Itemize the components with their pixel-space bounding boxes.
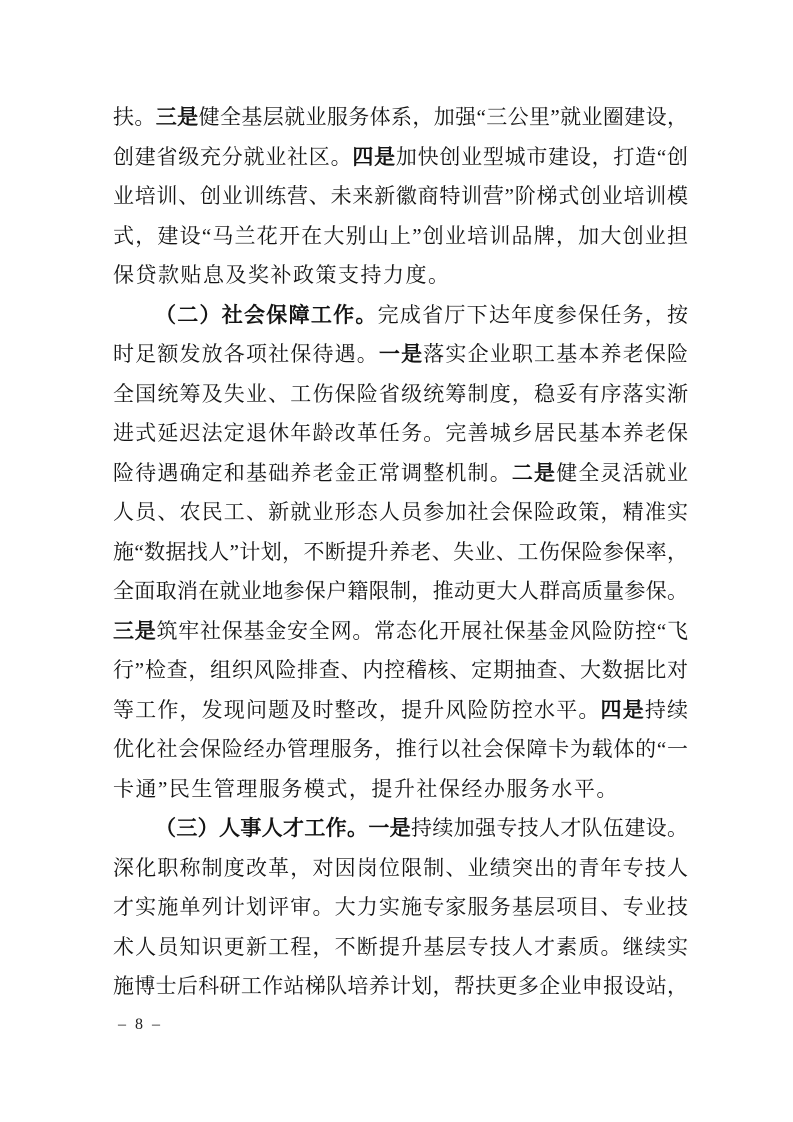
text-run: 扶。 [113, 105, 156, 129]
page-number: – 8 – [118, 1016, 163, 1034]
text-run: 施博士后科研工作站梯队培养计划，帮扶更多企业申报设站， [113, 974, 688, 998]
text-line: 施博士后科研工作站梯队培养计划，帮扶更多企业申报设站， [113, 967, 688, 1007]
text-line: 施“数据找人”计划，不断提升养老、失业、工伤保险参保率， [113, 533, 688, 573]
text-run: 卡通”民生管理服务模式，提升社保经办服务水平。 [113, 777, 619, 801]
paragraph: 扶。三是健全基层就业服务体系，加强“三公里”就业圈建设，创建省级充分就业社区。四… [113, 98, 688, 296]
paragraph: （二）社会保障工作。完成省厅下达年度参保任务，按时足额发放各项社保待遇。一是落实… [113, 296, 688, 810]
text-run: 持续加强专技人才队伍建设。 [411, 816, 688, 840]
bold-text-run: （三）人事人才工作。一是 [155, 817, 411, 840]
text-line: 才实施单列计划评审。大力实施专家服务基层项目、专业技 [113, 888, 688, 928]
text-line: 创建省级充分就业社区。四是加快创业型城市建设，打造“创 [113, 138, 688, 178]
paragraph: （三）人事人才工作。一是持续加强专技人才队伍建设。深化职称制度改革，对因岗位限制… [113, 809, 688, 1007]
text-line: 扶。三是健全基层就业服务体系，加强“三公里”就业圈建设， [113, 98, 688, 138]
text-line: 等工作，发现问题及时整改，提升风险防控水平。四是持续 [113, 691, 688, 731]
text-run: 等工作，发现问题及时整改，提升风险防控水平。 [113, 698, 601, 722]
text-line: （二）社会保障工作。完成省厅下达年度参保任务，按 [113, 296, 688, 336]
bold-text-run: 一是 [379, 343, 423, 366]
text-run: 健全灵活就业 [556, 461, 688, 485]
text-run: 持续 [645, 698, 688, 722]
text-line: 人员、农民工、新就业形态人员参加社会保险政策，精准实 [113, 493, 688, 533]
text-run: 加快创业型城市建设，打造“创 [396, 145, 688, 169]
text-line: （三）人事人才工作。一是持续加强专技人才队伍建设。 [113, 809, 688, 849]
text-line: 保贷款贴息及奖补政策支持力度。 [113, 256, 688, 296]
text-run: 健全基层就业服务体系，加强“三公里”就业圈建设， [199, 105, 688, 129]
text-line: 优化社会保险经办管理服务，推行以社会保障卡为载体的“一 [113, 730, 688, 770]
text-run: 筑牢社保基金安全网。常态化开展社保基金风险防控“飞 [157, 619, 688, 643]
text-line: 全面取消在就业地参保户籍限制，推动更大人群高质量参保。 [113, 572, 688, 612]
text-run: 完成省厅下达年度参保任务，按 [378, 303, 688, 327]
text-line: 式，建设“马兰花开在大别山上”创业培训品牌，加大创业担 [113, 217, 688, 257]
text-run: 落实企业职工基本养老保险 [423, 342, 688, 366]
text-run: 施“数据找人”计划，不断提升养老、失业、工伤保险参保率， [113, 540, 688, 564]
text-run: 进式延迟法定退休年龄改革任务。完善城乡居民基本养老保 [113, 421, 688, 445]
bold-text-run: 四是 [352, 146, 396, 169]
text-run: 行”检查，组织风险排查、内控稽核、定期抽查、大数据比对 [113, 658, 688, 682]
bold-text-run: 四是 [601, 699, 645, 722]
bold-text-run: 二是 [512, 462, 556, 485]
text-run: 全国统筹及失业、工伤保险省级统筹制度，稳妥有序落实渐 [113, 382, 688, 406]
bold-text-run: 三是 [156, 106, 199, 129]
text-run: 创建省级充分就业社区。 [113, 145, 352, 169]
bold-text-run: 三是 [113, 620, 157, 643]
text-run: 险待遇确定和基础养老金正常调整机制。 [113, 461, 512, 485]
text-line: 行”检查，组织风险排查、内控稽核、定期抽查、大数据比对 [113, 651, 688, 691]
document-page: 扶。三是健全基层就业服务体系，加强“三公里”就业圈建设，创建省级充分就业社区。四… [0, 0, 793, 1122]
text-line: 全国统筹及失业、工伤保险省级统筹制度，稳妥有序落实渐 [113, 375, 688, 415]
text-line: 险待遇确定和基础养老金正常调整机制。二是健全灵活就业 [113, 454, 688, 494]
text-line: 卡通”民生管理服务模式，提升社保经办服务水平。 [113, 770, 688, 810]
text-run: 深化职称制度改革，对因岗位限制、业绩突出的青年专技人 [113, 856, 688, 880]
text-run: 术人员知识更新工程，不断提升基层专技人才素质。继续实 [113, 935, 688, 959]
document-body: 扶。三是健全基层就业服务体系，加强“三公里”就业圈建设，创建省级充分就业社区。四… [113, 98, 688, 1007]
text-run: 时足额发放各项社保待遇。 [113, 342, 379, 366]
text-run: 优化社会保险经办管理服务，推行以社会保障卡为载体的“一 [113, 737, 688, 761]
text-line: 进式延迟法定退休年龄改革任务。完善城乡居民基本养老保 [113, 414, 688, 454]
text-run: 人员、农民工、新就业形态人员参加社会保险政策，精准实 [113, 500, 688, 524]
text-line: 术人员知识更新工程，不断提升基层专技人才素质。继续实 [113, 928, 688, 968]
text-run: 式，建设“马兰花开在大别山上”创业培训品牌，加大创业担 [113, 224, 688, 248]
text-line: 业培训、创业训练营、未来新徽商特训营”阶梯式创业培训模 [113, 177, 688, 217]
bold-text-run: （二）社会保障工作。 [155, 304, 378, 327]
text-run: 才实施单列计划评审。大力实施专家服务基层项目、专业技 [113, 895, 688, 919]
text-run: 保贷款贴息及奖补政策支持力度。 [113, 263, 451, 287]
text-line: 深化职称制度改革，对因岗位限制、业绩突出的青年专技人 [113, 849, 688, 889]
text-line: 时足额发放各项社保待遇。一是落实企业职工基本养老保险 [113, 335, 688, 375]
text-run: 业培训、创业训练营、未来新徽商特训营”阶梯式创业培训模 [113, 184, 688, 208]
text-run: 全面取消在就业地参保户籍限制，推动更大人群高质量参保。 [113, 579, 688, 603]
text-line: 三是筑牢社保基金安全网。常态化开展社保基金风险防控“飞 [113, 612, 688, 652]
